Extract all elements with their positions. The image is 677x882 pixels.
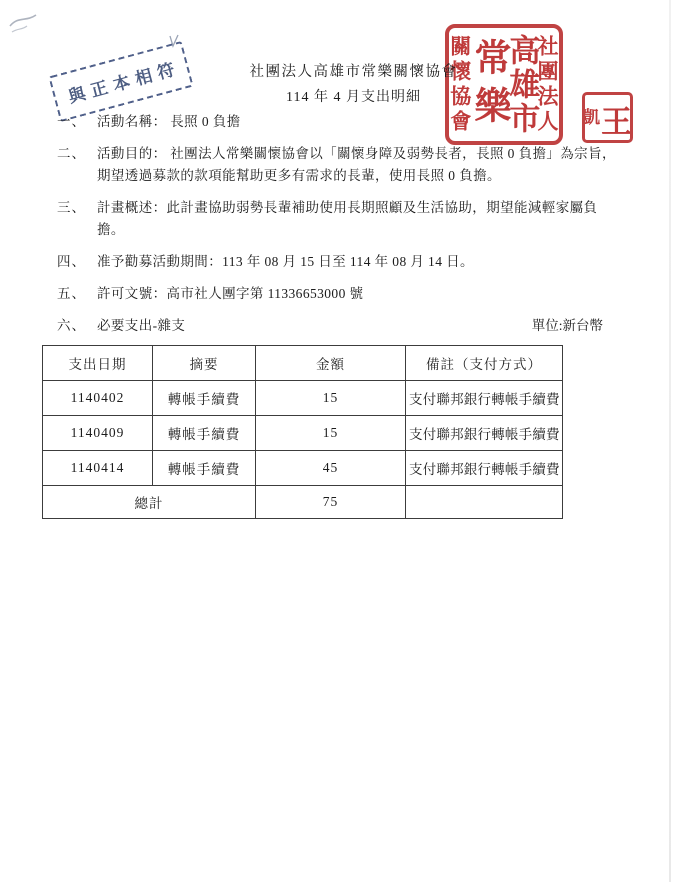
item-text: 活動目的： 社團法人常樂關懷協會以「關懷身障及弱勢長者，長照 0 負擔」為宗旨，… bbox=[97, 143, 623, 187]
table-row: 1140414 轉帳手續費 45 支付聯邦銀行轉帳手續費 bbox=[43, 451, 563, 486]
item-text: 必要支出-雜支 bbox=[97, 315, 185, 337]
item-number: 二、 bbox=[57, 143, 97, 187]
cell-amount: 45 bbox=[256, 451, 406, 486]
organization-name: 社團法人高雄市常樂關懷協會 bbox=[30, 60, 677, 81]
cell-date: 1140414 bbox=[43, 451, 153, 486]
item-activity-purpose: 二、 活動目的： 社團法人常樂關懷協會以「關懷身障及弱勢長者，長照 0 負擔」為… bbox=[57, 143, 623, 187]
header-note: 備註（支付方式） bbox=[406, 346, 563, 381]
item-plan-summary: 三、 計畫概述：此計畫協助弱勢長輩補助使用長期照顧及生活協助，期望能減輕家屬負擔… bbox=[57, 197, 623, 241]
cell-date: 1140402 bbox=[43, 381, 153, 416]
header-expense-date: 支出日期 bbox=[43, 346, 153, 381]
item-activity-name: 一、 活動名稱： 長照 0 負擔 bbox=[57, 111, 623, 133]
cell-summary: 轉帳手續費 bbox=[153, 381, 256, 416]
header-summary: 摘要 bbox=[153, 346, 256, 381]
item-number: 六、 bbox=[57, 315, 97, 337]
table-total-row: 總計 75 bbox=[43, 486, 563, 519]
item-text: 計畫概述：此計畫協助弱勢長輩補助使用長期照顧及生活協助，期望能減輕家屬負擔。 bbox=[97, 197, 623, 241]
total-label: 總計 bbox=[43, 486, 256, 519]
cell-note: 支付聯邦銀行轉帳手續費 bbox=[406, 416, 563, 451]
table-header-row: 支出日期 摘要 金額 備註（支付方式） bbox=[43, 346, 563, 381]
expense-table: 支出日期 摘要 金額 備註（支付方式） 1140402 轉帳手續費 15 支付聯… bbox=[42, 345, 563, 519]
numbered-items-list: 一、 活動名稱： 長照 0 負擔 二、 活動目的： 社團法人常樂關懷協會以「關懷… bbox=[57, 111, 623, 347]
item-necessary-expense: 六、 必要支出-雜支 單位:新台幣 bbox=[57, 315, 623, 337]
item-permit-number: 五、 許可文號：高市社人團字第 11336653000 號 bbox=[57, 283, 623, 305]
table-row: 1140409 轉帳手續費 15 支付聯邦銀行轉帳手續費 bbox=[43, 416, 563, 451]
item-number: 三、 bbox=[57, 197, 97, 241]
item-number: 四、 bbox=[57, 251, 97, 273]
total-note bbox=[406, 486, 563, 519]
cell-amount: 15 bbox=[256, 381, 406, 416]
cell-note: 支付聯邦銀行轉帳手續費 bbox=[406, 381, 563, 416]
scan-edge-shadow bbox=[669, 0, 671, 882]
item-text: 准予勸募活動期間：113 年 08 月 15 日至 114 年 08 月 14 … bbox=[97, 251, 623, 273]
cell-summary: 轉帳手續費 bbox=[153, 416, 256, 451]
item-fundraising-period: 四、 准予勸募活動期間：113 年 08 月 15 日至 114 年 08 月 … bbox=[57, 251, 623, 273]
cell-date: 1140409 bbox=[43, 416, 153, 451]
item-number: 五、 bbox=[57, 283, 97, 305]
pen-scribble-marks bbox=[6, 8, 62, 38]
document-header: 社團法人高雄市常樂關懷協會 114 年 4 月支出明細 bbox=[30, 60, 677, 106]
item-number: 一、 bbox=[57, 111, 97, 133]
scanned-document-page: 與正本相符 社團法人 高雄市 常樂 關懷協會 王 凱蕙 社團法人高雄市常樂關懷協… bbox=[0, 0, 677, 882]
header-amount: 金額 bbox=[256, 346, 406, 381]
cell-note: 支付聯邦銀行轉帳手續費 bbox=[406, 451, 563, 486]
item-text: 活動名稱： 長照 0 負擔 bbox=[97, 111, 623, 133]
currency-unit-label: 單位:新台幣 bbox=[532, 315, 603, 337]
total-amount: 75 bbox=[256, 486, 406, 519]
table-row: 1140402 轉帳手續費 15 支付聯邦銀行轉帳手續費 bbox=[43, 381, 563, 416]
cell-summary: 轉帳手續費 bbox=[153, 451, 256, 486]
document-title: 114 年 4 月支出明細 bbox=[30, 86, 677, 106]
item-text: 許可文號：高市社人團字第 11336653000 號 bbox=[97, 283, 623, 305]
cell-amount: 15 bbox=[256, 416, 406, 451]
